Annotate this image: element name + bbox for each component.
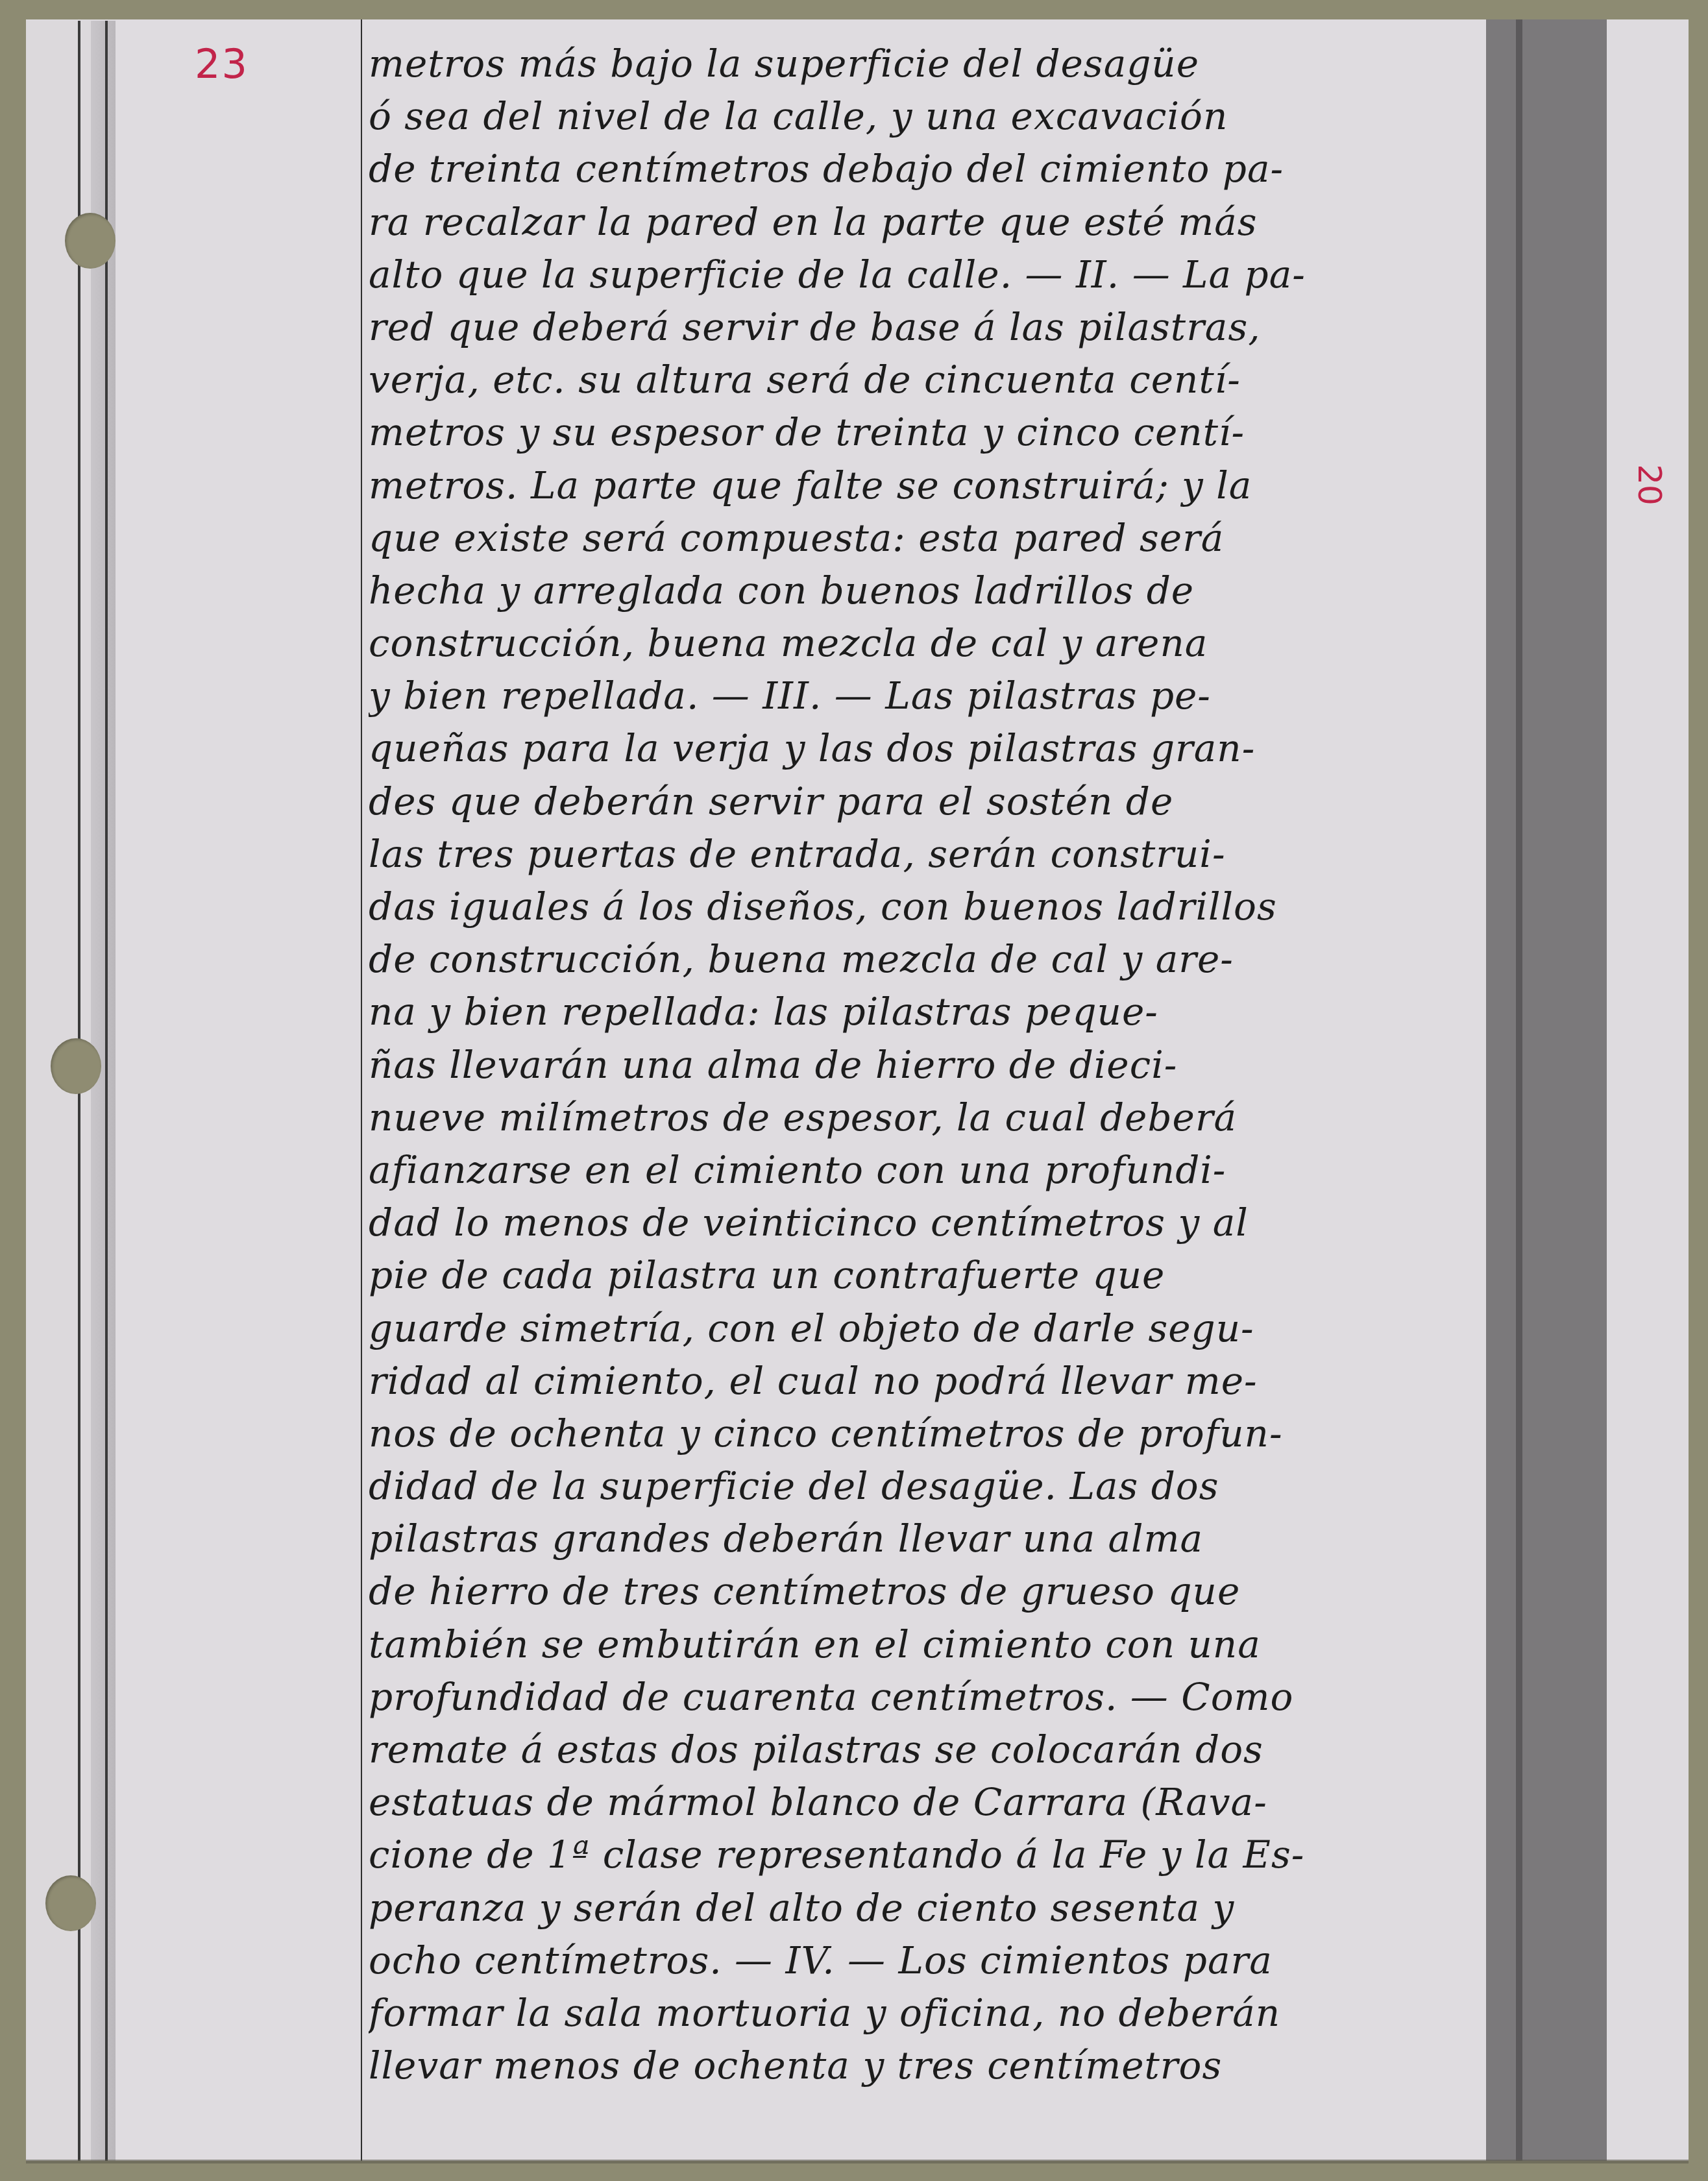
text-line: formar la sala mortuoria y oficina, no d… — [369, 1987, 1485, 2040]
text-line: ñas llevarán una alma de hierro de dieci… — [369, 1039, 1485, 1091]
photocopy-edge-line — [1516, 19, 1522, 2161]
text-line: guarde simetría, con el objeto de darle … — [369, 1302, 1485, 1355]
text-line: red que deberá servir de base á las pila… — [369, 301, 1485, 354]
text-line: nueve milímetros de espesor, la cual deb… — [369, 1091, 1485, 1144]
text-line: peranza y serán del alto de ciento sesen… — [369, 1882, 1485, 1934]
text-line: des que deberán servir para el sostén de — [369, 775, 1485, 828]
margin-rule — [361, 19, 362, 2161]
page-bottom-edge — [26, 2160, 1689, 2163]
text-line: también se embutirán en el cimiento con … — [369, 1618, 1485, 1671]
text-line: estatuas de mármol blanco de Carrara (Ra… — [369, 1776, 1485, 1829]
photocopy-edge-shadow — [1486, 19, 1607, 2161]
text-line: ridad al cimiento, el cual no podrá llev… — [369, 1355, 1485, 1407]
text-line: queñas para la verja y las dos pilastras… — [369, 722, 1485, 775]
text-line: de construcción, buena mezcla de cal y a… — [369, 933, 1485, 986]
text-line: de treinta centímetros debajo del cimien… — [369, 143, 1485, 195]
right-margin-strip — [1607, 22, 1687, 2161]
text-line: llevar menos de ochenta y tres centímetr… — [369, 2040, 1485, 2092]
text-line: cione de 1ª clase representando á la Fe … — [369, 1829, 1485, 1881]
text-line: de hierro de tres centímetros de grueso … — [369, 1565, 1485, 1618]
text-line: ó sea del nivel de la calle, y una excav… — [369, 90, 1485, 143]
text-line: que existe será compuesta: esta pared se… — [369, 512, 1485, 565]
text-line: metros y su espesor de treinta y cinco c… — [369, 406, 1485, 459]
text-line: pie de cada pilastra un contrafuerte que — [369, 1249, 1485, 1302]
text-line: y bien repellada. — III. — Las pilastras… — [369, 670, 1485, 722]
handwritten-text-body: metros más bajo la superficie del desagü… — [369, 38, 1485, 2092]
text-line: verja, etc. su altura será de cincuenta … — [369, 354, 1485, 406]
text-line: las tres puertas de entrada, serán const… — [369, 828, 1485, 881]
text-line: pilastras grandes deberán llevar una alm… — [369, 1513, 1485, 1565]
text-line: metros más bajo la superficie del desagü… — [369, 38, 1485, 90]
binding-line-inner — [105, 21, 108, 2161]
text-line: remate á estas dos pilastras se colocará… — [369, 1724, 1485, 1776]
text-line: profundidad de cuarenta centímetros. — C… — [369, 1671, 1485, 1724]
text-line: ocho centímetros. — IV. — Los cimientos … — [369, 1934, 1485, 1987]
text-line: ra recalzar la pared en la parte que est… — [369, 196, 1485, 249]
binding-fold-shadow — [91, 21, 117, 2161]
text-line: hecha y arreglada con buenos ladrillos d… — [369, 565, 1485, 617]
text-line: nos de ochenta y cinco centímetros de pr… — [369, 1407, 1485, 1460]
folio-number-right: 20 — [1631, 464, 1668, 506]
punch-hole-top — [65, 213, 116, 269]
text-line: afianzarse en el cimiento con una profun… — [369, 1144, 1485, 1197]
text-line: dad lo menos de veinticinco centímetros … — [369, 1197, 1485, 1249]
text-line: construcción, buena mezcla de cal y aren… — [369, 617, 1485, 670]
folio-number-left: 23 — [195, 40, 249, 88]
punch-hole-middle — [51, 1038, 101, 1094]
text-line: metros. La parte que falte se construirá… — [369, 459, 1485, 512]
text-line: das iguales á los diseños, con buenos la… — [369, 881, 1485, 933]
punch-hole-bottom — [45, 1875, 96, 1931]
text-line: na y bien repellada: las pilastras peque… — [369, 986, 1485, 1038]
text-line: didad de la superficie del desagüe. Las … — [369, 1460, 1485, 1513]
text-line: alto que la superficie de la calle. — II… — [369, 249, 1485, 301]
